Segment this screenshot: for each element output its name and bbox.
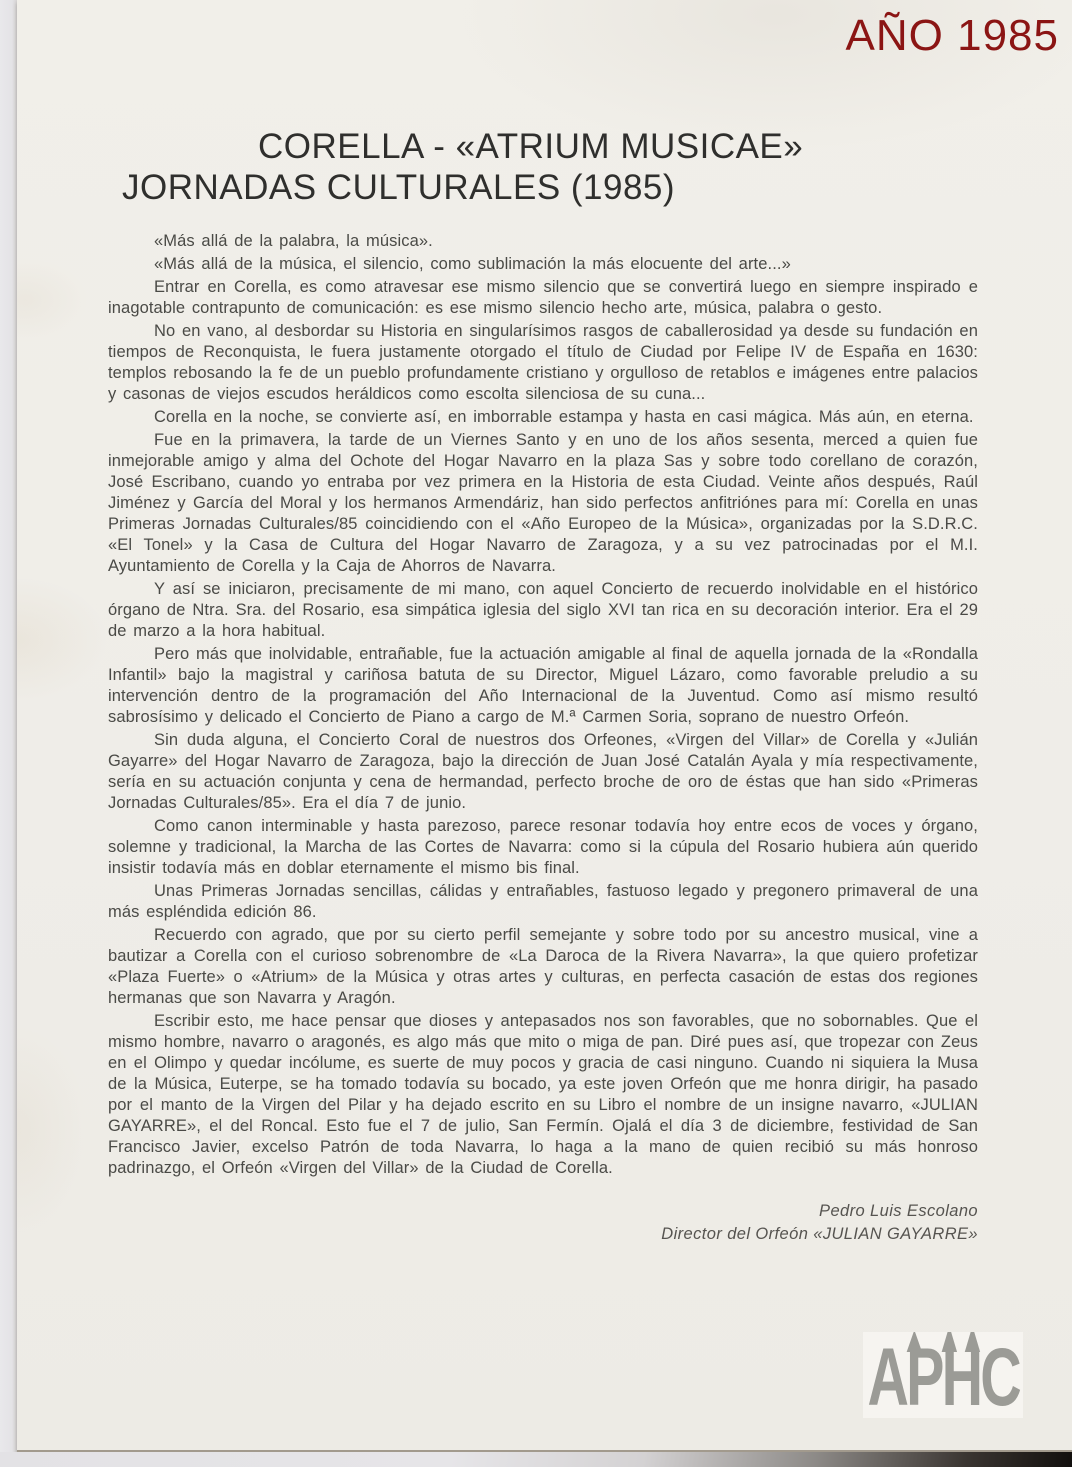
scan-left-edge [0, 0, 17, 1452]
paragraph: No en vano, al desbordar su Historia en … [108, 321, 978, 405]
paragraph: Como canon interminable y hasta parezoso… [108, 816, 978, 879]
paragraph: Corella en la noche, se convierte así, e… [108, 407, 978, 428]
aphc-watermark-letters: A P H C [867, 1332, 1018, 1418]
watermark-letter-p: P [906, 1337, 941, 1418]
paragraph: Entrar en Corella, es como atravesar ese… [108, 277, 978, 319]
paragraph: Y así se iniciaron, precisamente de mi m… [108, 579, 978, 642]
watermark-letter-a: A [867, 1337, 906, 1418]
paragraph: Escribir esto, me hace pensar que dioses… [108, 1011, 978, 1179]
watermark-letter-c: C [980, 1337, 1019, 1418]
signature-block: Pedro Luis Escolano Director del Orfeón … [108, 1200, 978, 1246]
paragraph: Pero más que inolvidable, entrañable, fu… [108, 644, 978, 728]
paragraph: Unas Primeras Jornadas sencillas, cálida… [108, 881, 978, 923]
watermark-letter-h: H [941, 1337, 980, 1418]
page-title: CORELLA - «ATRIUM MUSICAE» JORNADAS CULT… [108, 126, 978, 208]
signature-name: Pedro Luis Escolano [108, 1200, 978, 1223]
page-content: CORELLA - «ATRIUM MUSICAE» JORNADAS CULT… [108, 0, 978, 1246]
document-page: AÑO 1985 CORELLA - «ATRIUM MUSICAE» JORN… [17, 0, 1072, 1452]
paragraph: Fue en la primavera, la tarde de un Vier… [108, 430, 978, 577]
scanned-document: AÑO 1985 CORELLA - «ATRIUM MUSICAE» JORN… [0, 0, 1072, 1467]
aphc-watermark: A P H C [863, 1332, 1023, 1418]
signature-role: Director del Orfeón «JULIAN GAYARRE» [108, 1223, 978, 1246]
quote-line: «Más allá de la música, el silencio, com… [108, 254, 978, 275]
body-text: «Más allá de la palabra, la música». «Má… [108, 231, 978, 1179]
title-line-1: CORELLA - «ATRIUM MUSICAE» [108, 126, 978, 167]
paragraph: Sin duda alguna, el Concierto Coral de n… [108, 730, 978, 814]
scan-bottom-edge [0, 1452, 1072, 1467]
quote-line: «Más allá de la palabra, la música». [108, 231, 978, 252]
title-line-2: JORNADAS CULTURALES (1985) [108, 167, 978, 208]
paragraph: Recuerdo con agrado, que por su cierto p… [108, 925, 978, 1009]
